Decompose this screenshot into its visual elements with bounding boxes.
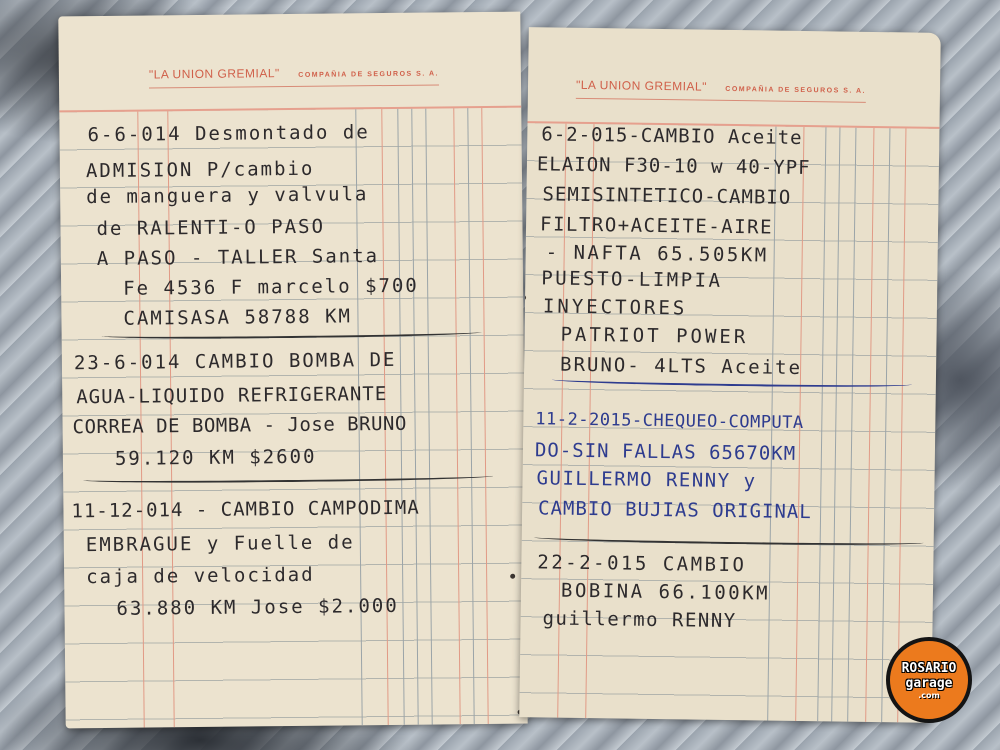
entry-line: SEMISINTETICO-CAMBIO bbox=[542, 183, 791, 208]
entry-line: 11-12-014 - CAMBIO CAMPODIMA bbox=[71, 497, 420, 523]
entry-line: CAMBIO BUJIAS ORIGINAL bbox=[538, 497, 812, 523]
entry-line: de manguera y valvula bbox=[86, 183, 368, 208]
logo-line-2: garage bbox=[906, 676, 953, 691]
brand-name: "LA UNION GREMIAL" bbox=[149, 66, 280, 81]
page-header: "LA UNION GREMIAL" COMPAÑIA DE SEGUROS S… bbox=[576, 76, 866, 103]
entry-line: PATRIOT POWER bbox=[560, 324, 748, 349]
entry-line: 22-2-015 CAMBIO bbox=[537, 551, 746, 576]
entry-line: BOBINA 66.100KM bbox=[561, 580, 770, 605]
entry-line: guillermo RENNY bbox=[542, 607, 736, 632]
entry-line: caja de velocidad bbox=[86, 564, 315, 588]
brand-name: "LA UNION GREMIAL" bbox=[576, 78, 707, 94]
company-name: COMPAÑIA DE SEGUROS S. A. bbox=[725, 86, 866, 95]
entry-line: Fe 4536 F marcelo $700 bbox=[123, 275, 419, 300]
entry-line: EMBRAGUE y Fuelle de bbox=[86, 531, 355, 556]
logo-line-1: ROSARIO bbox=[902, 661, 957, 676]
entry-line: DO-SIN FALLAS 65670KM bbox=[535, 439, 797, 465]
ink-dot bbox=[510, 574, 515, 579]
left-page: "LA UNION GREMIAL" COMPAÑIA DE SEGUROS S… bbox=[58, 12, 527, 729]
entry-line: CORREA DE BOMBA - Jose BRUNO bbox=[72, 413, 407, 438]
entry-line: 6-2-015-CAMBIO Aceite bbox=[541, 123, 803, 149]
entry-line: A PASO - TALLER Santa bbox=[97, 245, 379, 270]
entry-line: AGUA-LIQUIDO REFRIGERANTE bbox=[76, 383, 387, 408]
entry-line: CAMISASA 58788 KM bbox=[123, 305, 352, 329]
entry-line: ADMISION P/cambio bbox=[86, 158, 315, 182]
entry-line: FILTRO+ACEITE-AIRE bbox=[540, 213, 773, 238]
right-page: "LA UNION GREMIAL" COMPAÑIA DE SEGUROS S… bbox=[519, 27, 941, 723]
entry-line: 63.880 KM Jose $2.000 bbox=[116, 595, 398, 620]
entry-line: ELAION F30-10 w 40-YPF bbox=[537, 153, 811, 179]
entry-line: 23-6-014 CAMBIO BOMBA DE bbox=[74, 349, 397, 374]
entry-line: 6-6-014 Desmontado de bbox=[87, 121, 369, 146]
company-name: COMPAÑIA DE SEGUROS S. A. bbox=[298, 70, 439, 78]
entry-line: PUESTO-LIMPIA bbox=[541, 267, 723, 292]
logo-line-3: .com bbox=[918, 691, 940, 700]
entry-line: GUILLERMO RENNY y bbox=[536, 467, 756, 492]
entry-line: - NAFTA 65.505KM bbox=[546, 241, 769, 266]
rosario-garage-logo: ROSARIO garage .com bbox=[886, 637, 972, 723]
log-entries: 6-6-014 Desmontado de ADMISION P/cambio … bbox=[58, 12, 520, 17]
page-header: "LA UNION GREMIAL" COMPAÑIA DE SEGUROS S… bbox=[149, 62, 439, 88]
entry-line: de RALENTI-O PASO bbox=[96, 216, 325, 240]
entry-line: 11-2-2015-CHEQUEO-COMPUTA bbox=[535, 409, 804, 433]
entry-line: BRUNO- 4LTS Aceite bbox=[560, 354, 802, 379]
log-entries: 6-2-015-CAMBIO Aceite ELAION F30-10 w 40… bbox=[529, 27, 941, 33]
entry-line: 59.120 KM $2600 bbox=[115, 446, 317, 470]
entry-line: INYECTORES bbox=[543, 295, 688, 319]
